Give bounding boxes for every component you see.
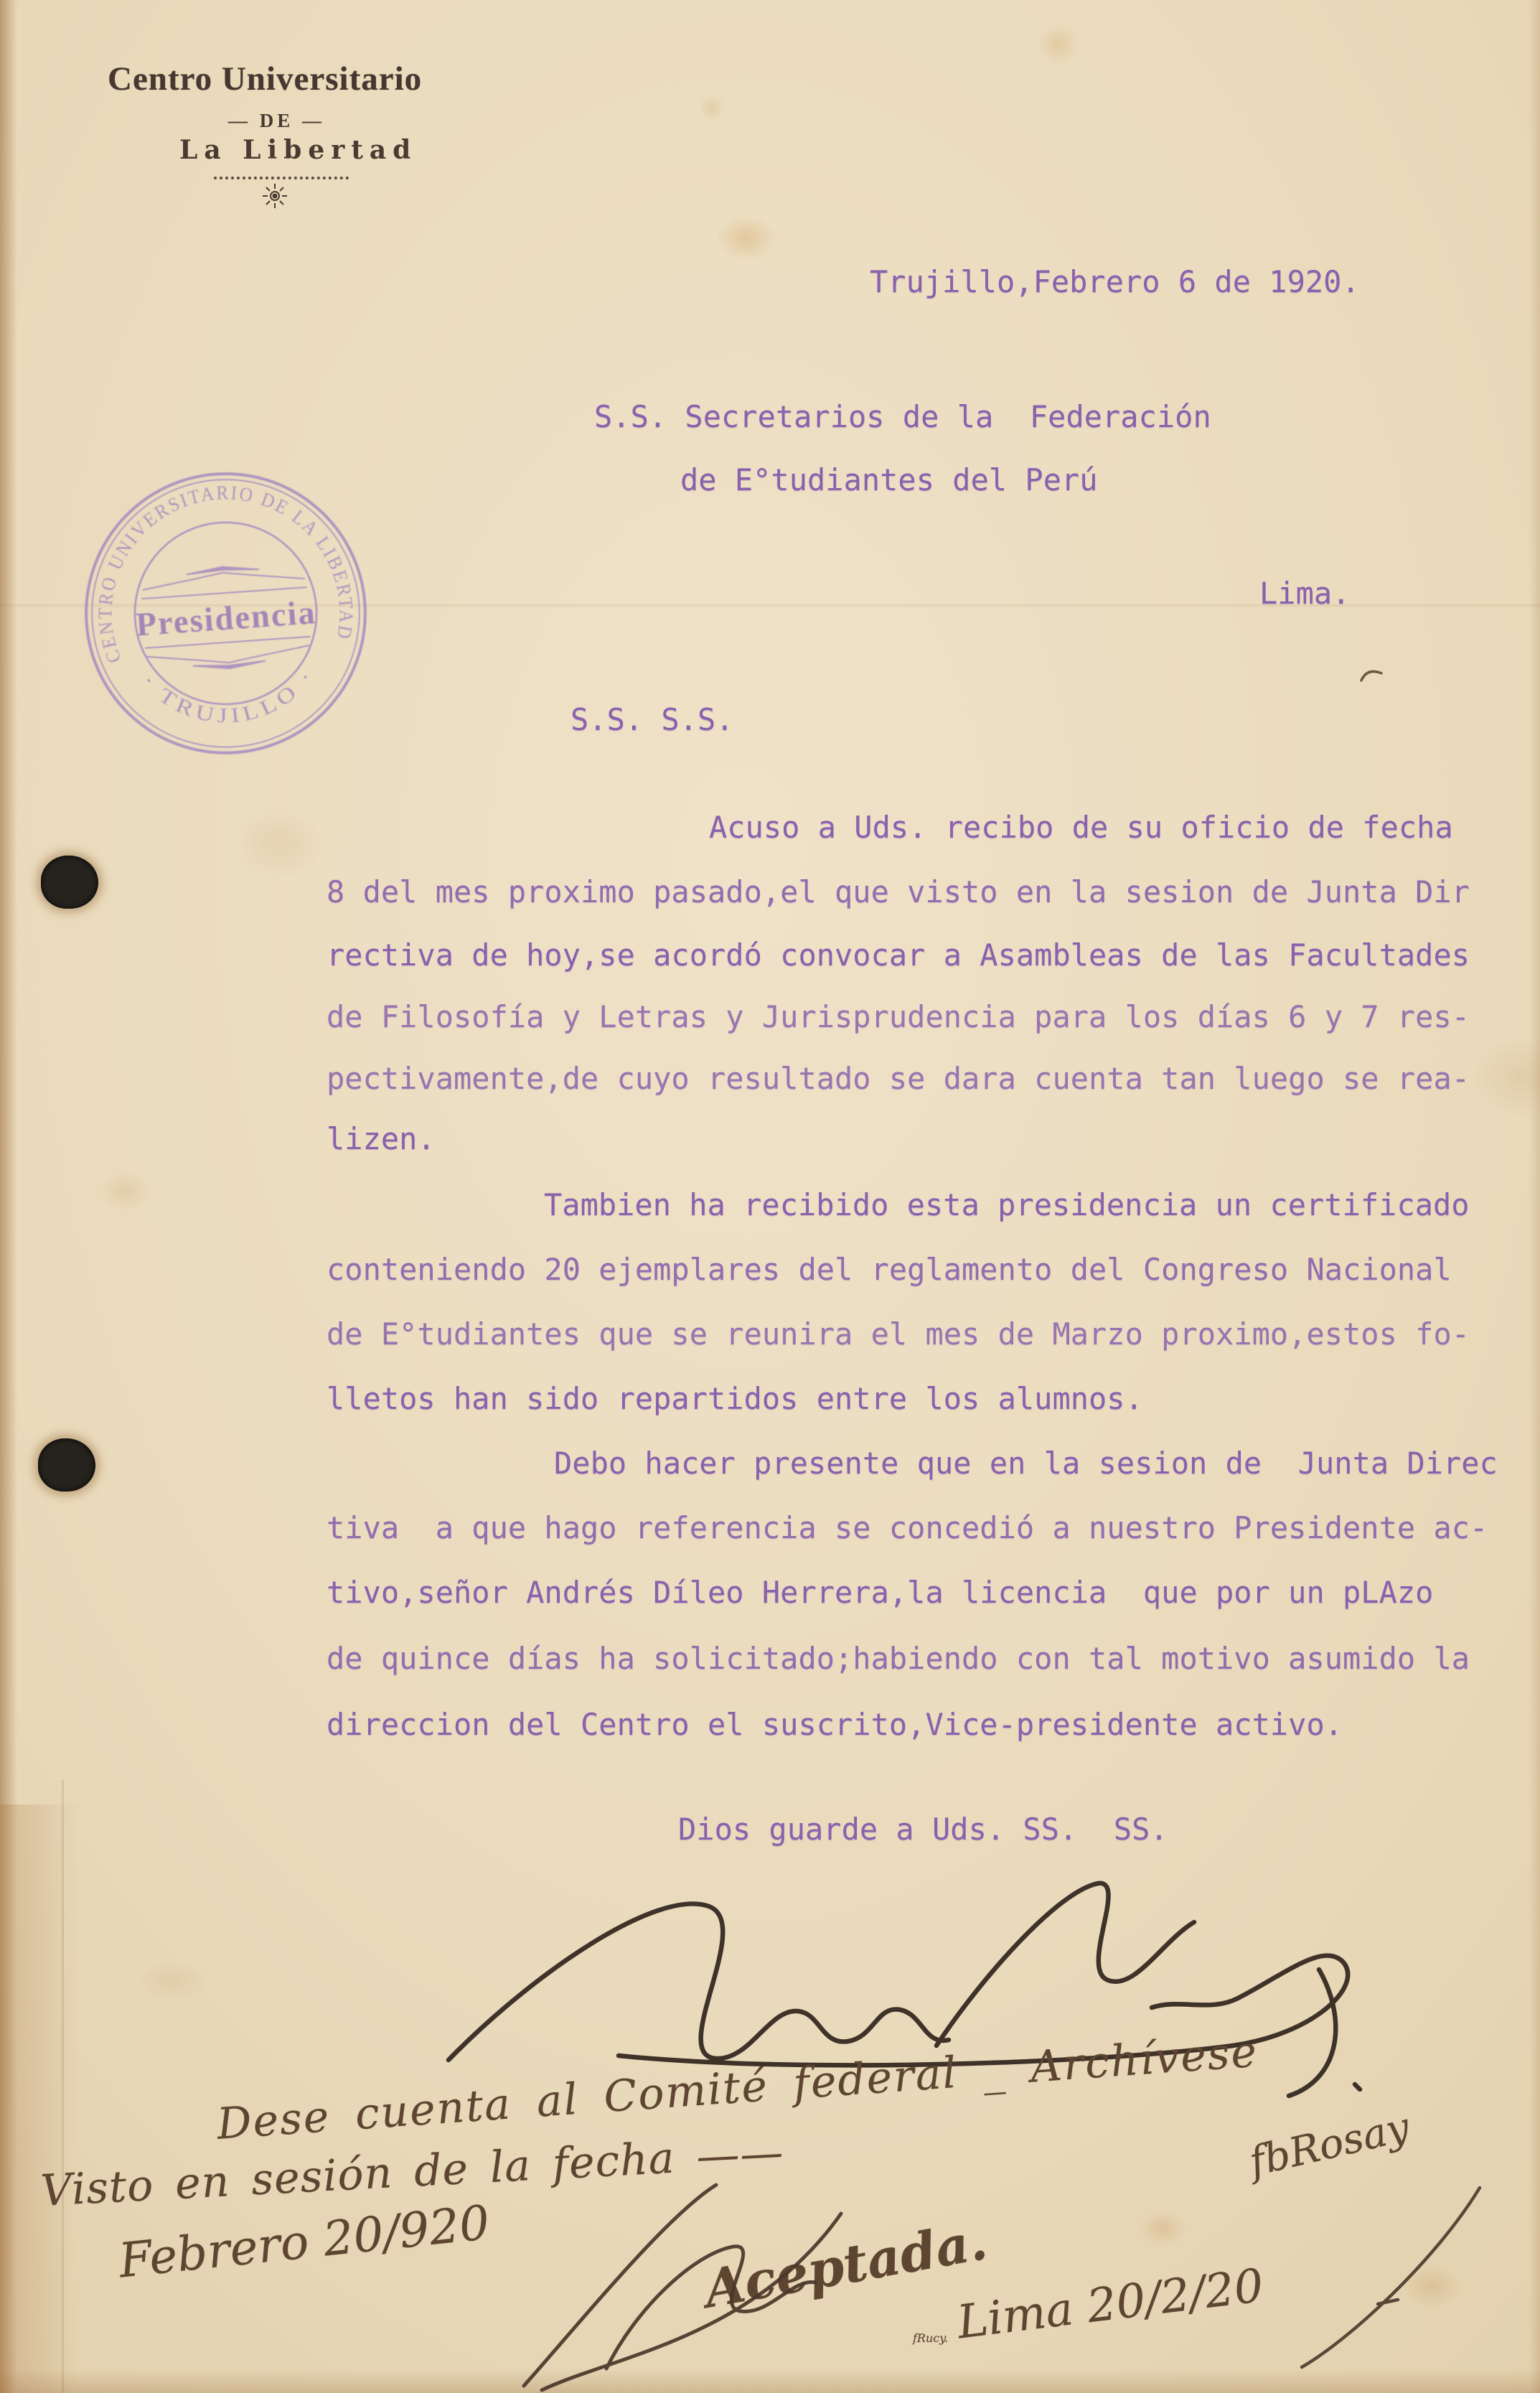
typed-line: 8 del mes proximo pasado,el que visto en…: [327, 877, 1470, 907]
city-line: Lima.: [1259, 579, 1350, 609]
closing-line: Dios guarde a Uds. SS. SS.: [678, 1814, 1168, 1845]
typed-line: Acuso a Uds. recibo de su oficio de fech…: [709, 813, 1453, 843]
paper-fold-line: [62, 1780, 64, 2393]
salutation: S.S. S.S.: [571, 705, 734, 735]
letterhead-dotted-rule: [214, 172, 349, 179]
svg-text:· TRUJILLO ·: · TRUJILLO ·: [136, 658, 324, 734]
typed-line: Tambien ha recibido esta presidencia un …: [544, 1190, 1470, 1220]
typed-line: tiva a que hago referencia se concedió a…: [327, 1513, 1488, 1543]
letterhead-region: La Libertad: [179, 135, 417, 165]
sun-ornament-icon: [260, 181, 290, 211]
punch-hole-top: [41, 856, 98, 909]
typed-line: tivo,señor Andrés Díleo Herrera,la licen…: [327, 1578, 1433, 1608]
typed-line: lletos han sido repartidos entre los alu…: [327, 1384, 1143, 1414]
scanned-letter-page: Centro Universitario — DE — La Libertad: [0, 0, 1540, 2393]
stamp-center-text: Presidencia: [135, 594, 318, 643]
annotation-signature-scrawl: [474, 2169, 861, 2393]
annotation-flourish-stroke: [1292, 2182, 1493, 2383]
annotation-signature-rosay: fbRosay: [1245, 2104, 1414, 2186]
typed-line: Debo hacer presente que en la sesion de …: [554, 1448, 1498, 1479]
ink-mark: [1360, 666, 1384, 685]
page-corner-shading: [0, 1804, 93, 2393]
addressee-line-2: de E°tudiantes del Perú: [680, 465, 1098, 495]
date-line: Trujillo,Febrero 6 de 1920.: [870, 267, 1360, 297]
typed-line: direccion del Centro el suscrito,Vice-pr…: [327, 1710, 1343, 1740]
letterhead-de: — DE —: [228, 110, 325, 132]
stamp-bottom-text: · TRUJILLO ·: [136, 658, 324, 734]
letterhead-title: Centro Universitario: [108, 60, 422, 98]
typed-line: de Filosofía y Letras y Jurisprudencia p…: [327, 1002, 1470, 1032]
typed-line: de E°tudiantes que se reunira el mes de …: [327, 1319, 1470, 1349]
typed-line: rectiva de hoy,se acordó convocar a Asam…: [327, 940, 1470, 970]
typed-line: conteniendo 20 ejemplares del reglamento…: [327, 1255, 1452, 1285]
typed-line: pectivamente,de cuyo resultado se dara c…: [327, 1064, 1470, 1094]
page-right-edge-shading: [1529, 0, 1540, 2393]
punch-hole-bottom: [38, 1438, 95, 1491]
presidencia-round-stamp: CENTRO UNIVERSITARIO DE LA LIBERTAD · TR…: [70, 458, 380, 768]
typed-line: lizen.: [327, 1124, 436, 1154]
typed-line: de quince días ha solicitado;habiendo co…: [327, 1644, 1470, 1674]
addressee-line-1: S.S. Secretarios de la Federación: [594, 402, 1211, 432]
annotation-signature-small: fRucy.: [913, 2331, 948, 2345]
annotation-lima-date: Lima 20/2/20: [954, 2259, 1267, 2350]
